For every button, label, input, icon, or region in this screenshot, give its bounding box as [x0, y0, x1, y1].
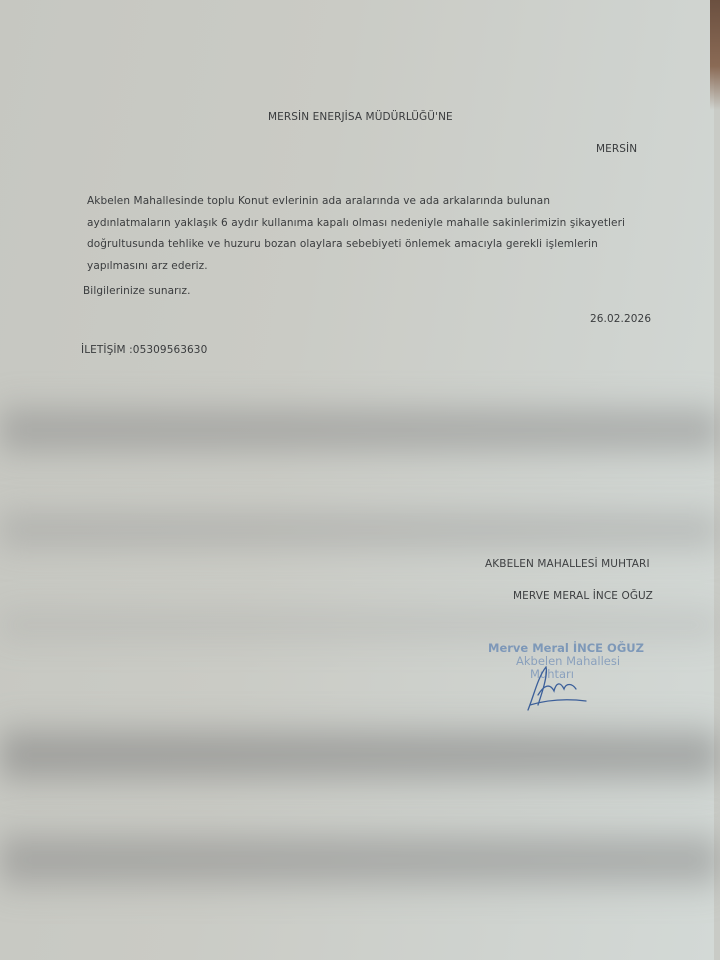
signatory-title: AKBELEN MAHALLESİ MUHTARI	[485, 558, 650, 570]
letter-date: 26.02.2026	[590, 313, 651, 325]
body-line: doğrultusunda tehlike ve huzuru bozan ol…	[87, 234, 667, 256]
contact-info: İLETİŞİM :05309563630	[81, 344, 207, 356]
table-edge	[710, 0, 720, 110]
body-line: yapılmasını arz ederiz.	[87, 256, 667, 278]
closing-line: Bilgilerinize sunarız.	[83, 285, 191, 297]
letter-body: Akbelen Mahallesinde toplu Konut evlerin…	[87, 191, 667, 277]
body-line: Akbelen Mahallesinde toplu Konut evlerin…	[87, 191, 667, 213]
handwritten-signature-icon	[520, 655, 590, 715]
body-line: aydınlatmaların yaklaşık 6 aydır kullanı…	[87, 213, 667, 235]
recipient-city: MERSİN	[596, 143, 637, 155]
recipient-heading: MERSİN ENERJİSA MÜDÜRLÜĞÜ'NE	[268, 111, 453, 123]
signatory-name: MERVE MERAL İNCE OĞUZ	[513, 590, 653, 602]
